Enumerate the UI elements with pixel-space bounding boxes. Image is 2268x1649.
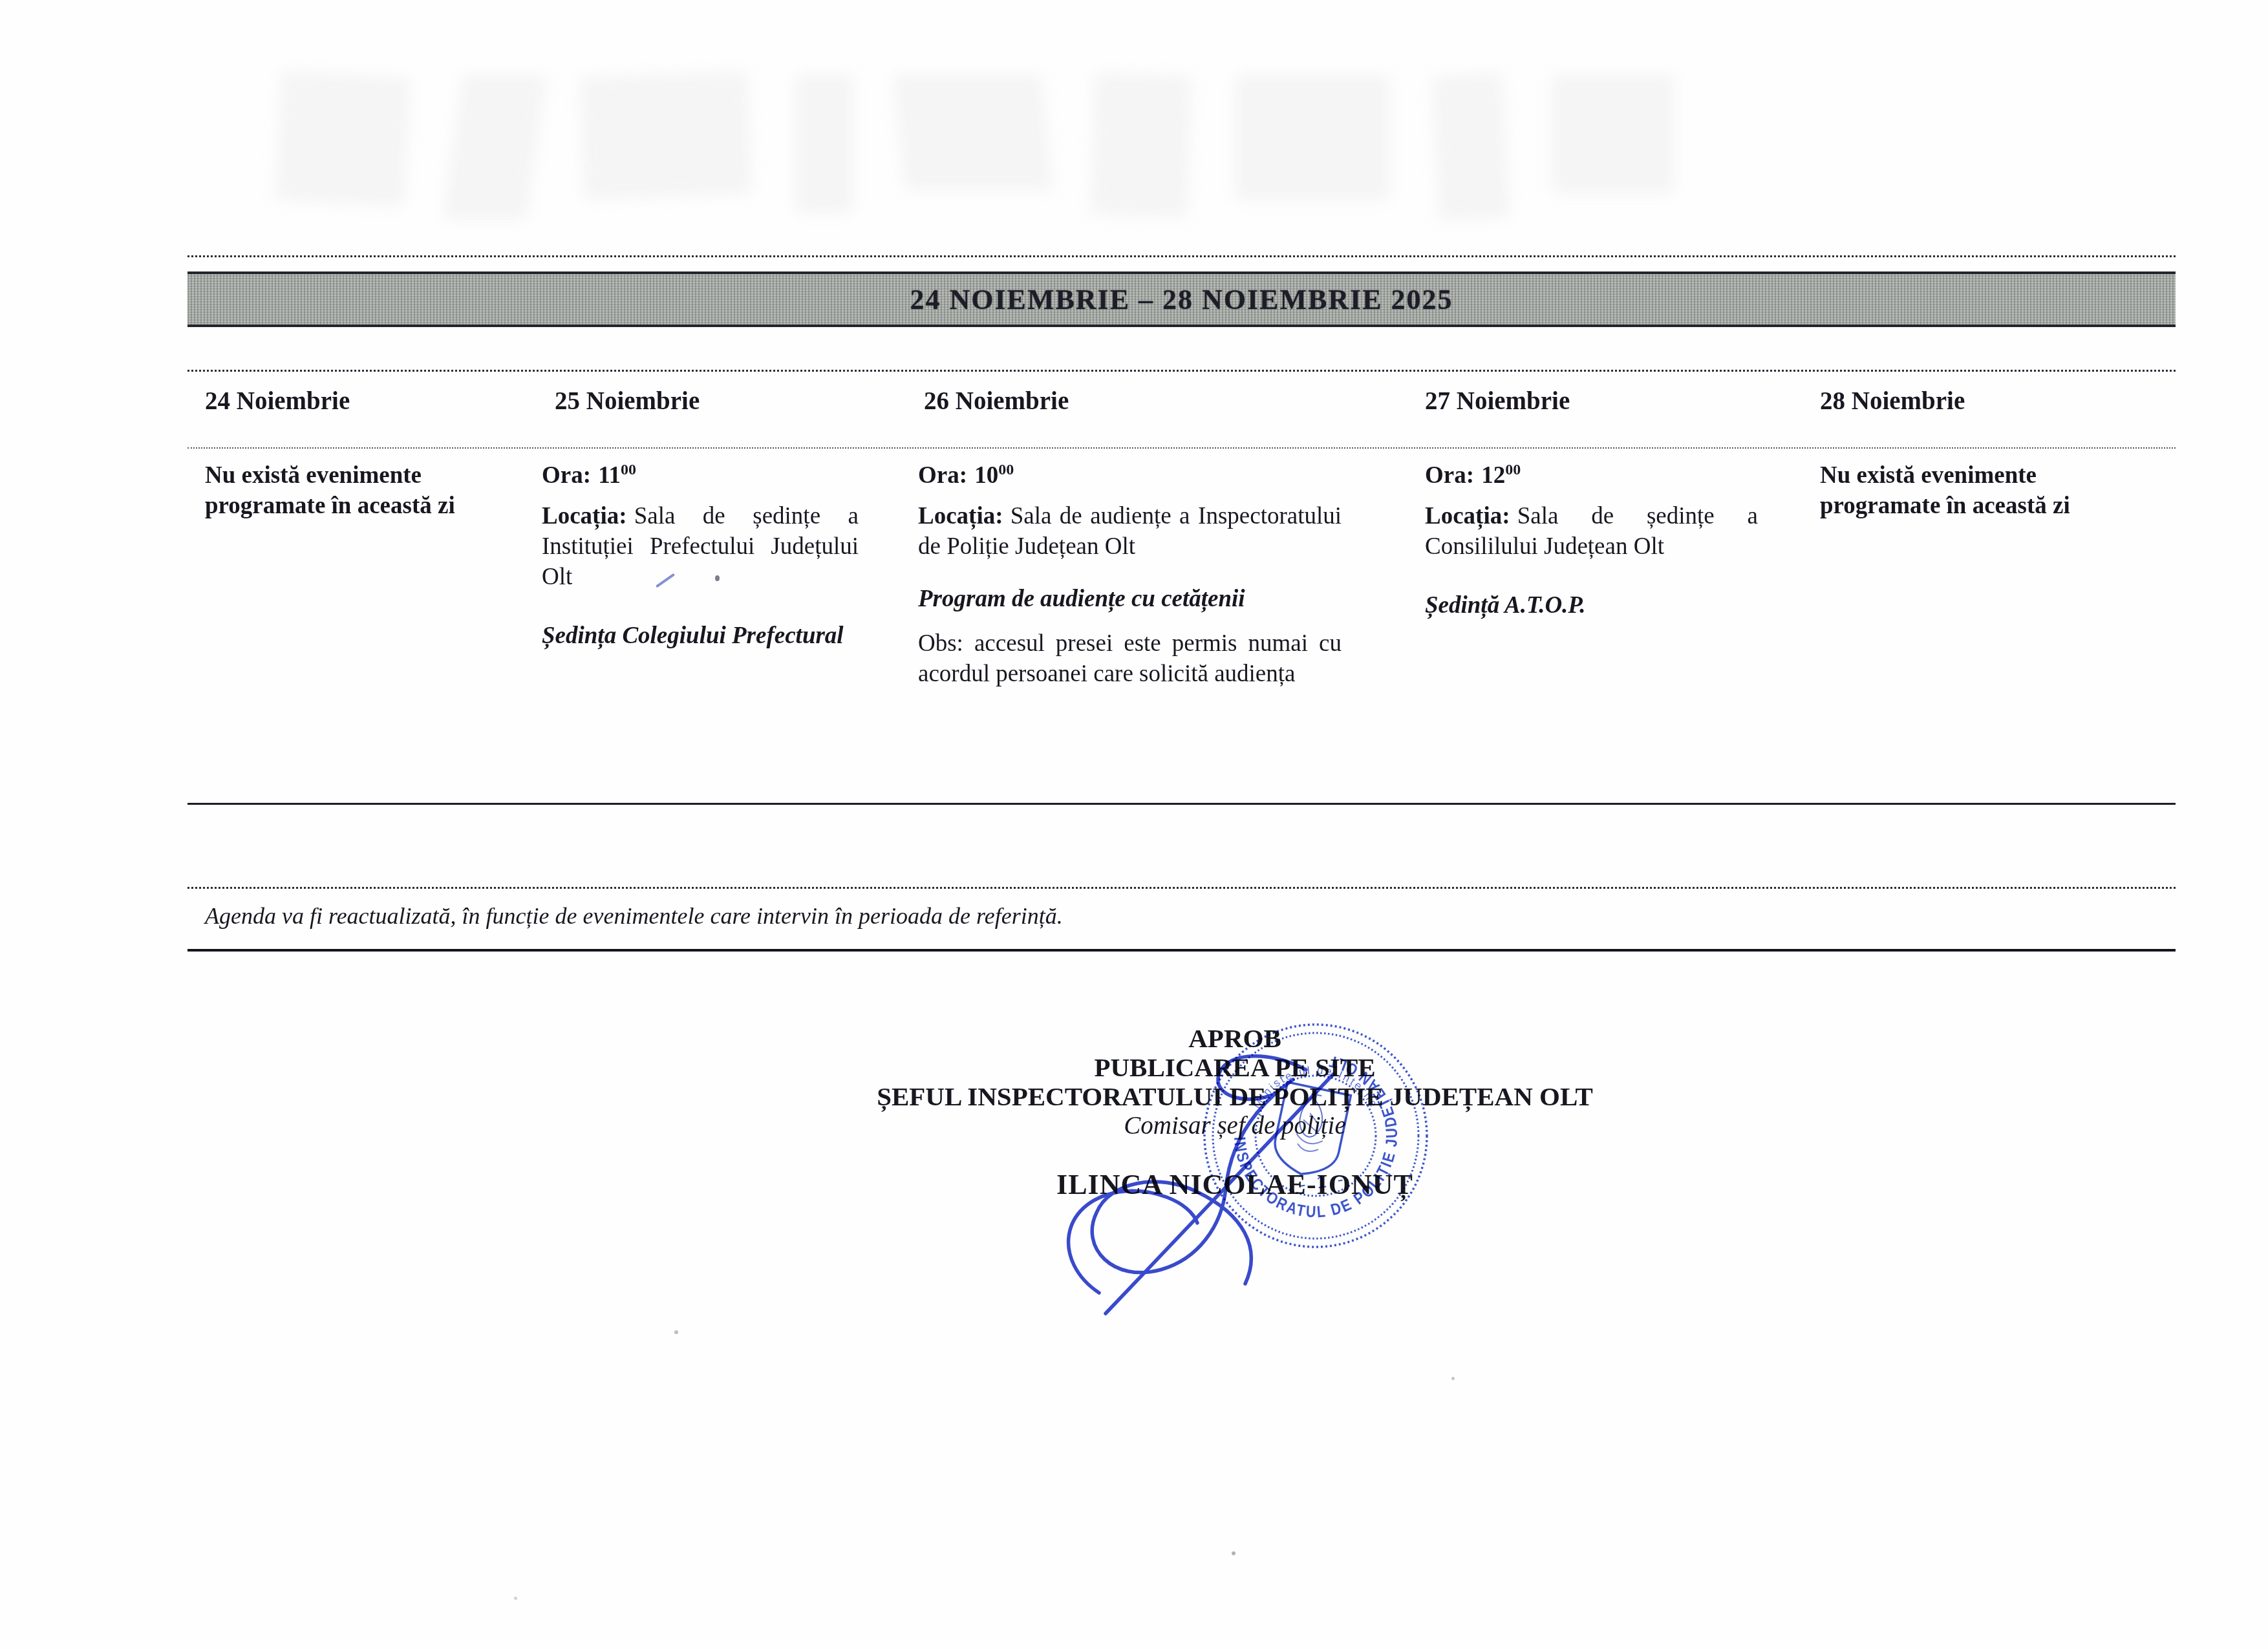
day-cell-28: Nu există evenimente programate în aceas… bbox=[1820, 460, 2124, 521]
approval-aprob: APROB bbox=[870, 1024, 1600, 1053]
no-events-text: Nu există evenimente programate în aceas… bbox=[1820, 460, 2124, 521]
scan-ghost-watermark bbox=[278, 74, 1733, 226]
approval-name: ILINCA NICOLAE-IONUȚ bbox=[870, 1170, 1600, 1199]
scan-speck bbox=[514, 1597, 517, 1600]
scan-speck bbox=[674, 1330, 678, 1334]
event-time: Ora:1200 bbox=[1425, 460, 1758, 491]
approval-chief: ȘEFUL INSPECTORATULUI DE POLIȚIE JUDEȚEA… bbox=[870, 1082, 1600, 1111]
scan-speck bbox=[1232, 1551, 1236, 1555]
divider-top bbox=[187, 255, 2176, 257]
event-location: Locația:Sala de ședințe a Instituției Pr… bbox=[542, 501, 859, 592]
day-header-25: 25 Noiembrie bbox=[555, 387, 700, 416]
approval-publish: PUBLICAREA PE SITE bbox=[870, 1053, 1600, 1082]
day-cell-24: Nu există evenimente programate în aceas… bbox=[205, 460, 502, 521]
event-title: Program de audiențe cu cetățenii bbox=[918, 584, 1342, 614]
day-header-24: 24 Noiembrie bbox=[205, 387, 350, 416]
event-time: Ora:1100 bbox=[542, 460, 859, 491]
day-header-27: 27 Noiembrie bbox=[1425, 387, 1570, 416]
approval-rank: Comisar șef de poliție bbox=[870, 1111, 1600, 1140]
banner-title: 24 NOIEMBRIE – 28 NOIEMBRIE 2025 bbox=[910, 283, 1453, 316]
agenda-update-note: Agenda va fi reactualizată, în funcție d… bbox=[205, 902, 1757, 930]
event-location: Locația:Sala de audiențe a Inspectoratul… bbox=[918, 501, 1342, 562]
event-location: Locația:Sala de ședințe a Consililului J… bbox=[1425, 501, 1758, 562]
day-header-26: 26 Noiembrie bbox=[924, 387, 1069, 416]
day-cell-26: Ora:1000 Locația:Sala de audiențe a Insp… bbox=[918, 460, 1342, 689]
no-events-text: Nu există evenimente programate în aceas… bbox=[205, 460, 502, 521]
divider-below-note bbox=[187, 949, 2176, 952]
divider-above-note bbox=[187, 887, 2176, 889]
table-bottom-line bbox=[187, 803, 2176, 805]
title-banner: 24 NOIEMBRIE – 28 NOIEMBRIE 2025 bbox=[187, 271, 2176, 327]
divider-below-headers bbox=[187, 447, 2176, 449]
day-header-28: 28 Noiembrie bbox=[1820, 387, 1965, 416]
day-cell-27: Ora:1200 Locația:Sala de ședințe a Consi… bbox=[1425, 460, 1758, 621]
event-note: Obs: accesul presei este permis numai cu… bbox=[918, 628, 1342, 689]
event-time: Ora:1000 bbox=[918, 460, 1342, 491]
scan-speck bbox=[1451, 1377, 1455, 1380]
event-title: Ședința Colegiului Prefectural bbox=[542, 621, 859, 651]
event-title: Ședință A.T.O.P. bbox=[1425, 590, 1758, 621]
day-cell-25: Ora:1100 Locația:Sala de ședințe a Insti… bbox=[542, 460, 859, 651]
scanned-agenda-page: { "page": { "banner_title": "24 NOIEMBRI… bbox=[0, 0, 2268, 1649]
divider-above-headers bbox=[187, 370, 2176, 372]
scan-speck bbox=[715, 575, 720, 581]
approval-block: APROB PUBLICAREA PE SITE ȘEFUL INSPECTOR… bbox=[870, 1024, 1600, 1199]
